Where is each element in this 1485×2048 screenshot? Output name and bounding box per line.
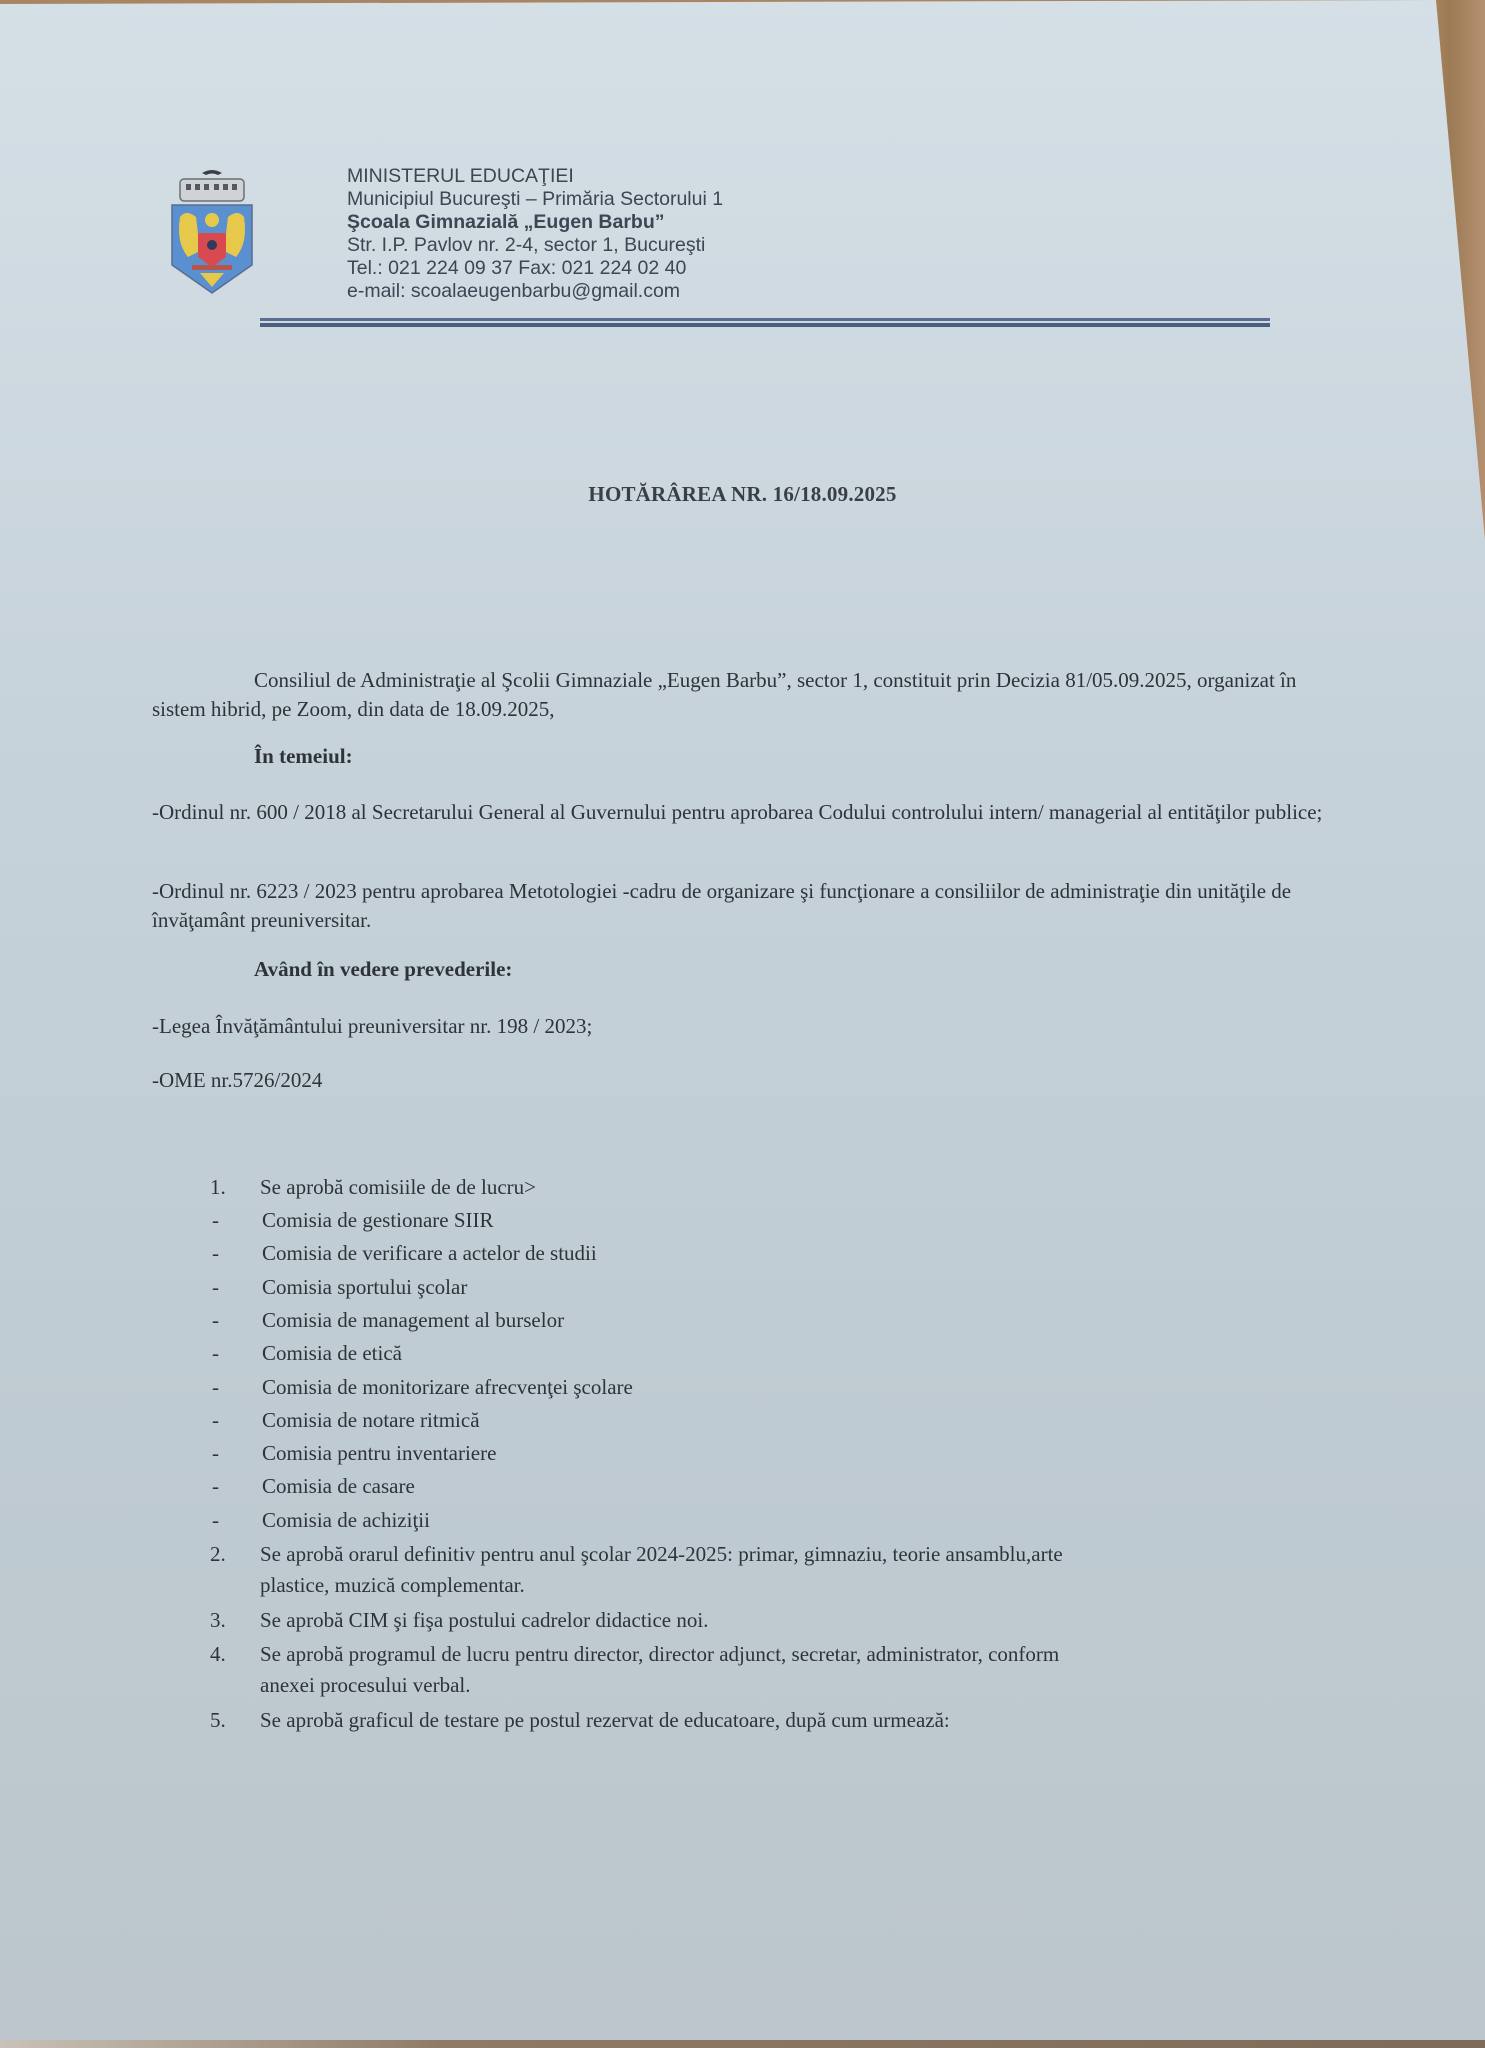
committee-name: Comisia sportului şcolar: [262, 1275, 467, 1300]
dash-marker: -: [212, 1375, 219, 1400]
dash-marker: -: [212, 1408, 219, 1433]
list-marker: 3.: [210, 1608, 226, 1633]
decision-text: Se aprobă CIM şi fişa postului cadrelor …: [260, 1608, 708, 1633]
dash-marker: -: [212, 1308, 219, 1333]
basis-item: -Ordinul nr. 600 / 2018 al Secretarului …: [152, 798, 1332, 827]
dash-marker: -: [212, 1441, 219, 1466]
bucharest-coat-of-arms-icon: [162, 165, 262, 300]
committee-name: Comisia de management al burselor: [262, 1308, 564, 1333]
dash-marker: -: [212, 1208, 219, 1233]
dash-marker: -: [212, 1474, 219, 1499]
decision-item-4-continuation: anexei procesului verbal.: [260, 1673, 471, 1698]
committee-name: Comisia de casare: [262, 1474, 415, 1499]
list-marker: 2.: [210, 1542, 226, 1567]
letterhead-divider: [260, 318, 1270, 328]
decision-title: HOTĂRÂREA NR. 16/18.09.2025: [0, 482, 1485, 507]
decision-text: Se aprobă comisiile de de lucru>: [260, 1175, 536, 1200]
school-email: e-mail: scoalaeugenbarbu@gmail.com: [347, 280, 1047, 303]
list-marker: 4.: [210, 1642, 226, 1667]
document-page: MINISTERUL EDUCAŢIEI Municipiul Bucureşt…: [0, 0, 1485, 2040]
list-marker: 5.: [210, 1708, 226, 1733]
dash-marker: -: [212, 1508, 219, 1533]
committee-name: Comisia de gestionare SIIR: [262, 1208, 494, 1233]
decision-text: Se aprobă orarul definitiv pentru anul ş…: [260, 1542, 1063, 1567]
list-marker: 1.: [210, 1175, 226, 1200]
dash-marker: -: [212, 1275, 219, 1300]
decision-text: Se aprobă programul de lucru pentru dire…: [260, 1642, 1059, 1667]
ministry-name: MINISTERUL EDUCAŢIEI: [347, 165, 1047, 188]
municipality: Municipiul Bucureşti – Primăria Sectorul…: [347, 188, 1047, 211]
decision-item-2-continuation: plastice, muzică complementar.: [260, 1573, 525, 1598]
committee-name: Comisia de etică: [262, 1341, 402, 1366]
basis-item: -Ordinul nr. 6223 / 2023 pentru aprobare…: [152, 877, 1332, 935]
basis-heading: În temeiul:: [254, 744, 353, 769]
decision-text: Se aprobă graficul de testare pe postul …: [260, 1708, 950, 1733]
committee-name: Comisia pentru inventariere: [262, 1441, 496, 1466]
school-phone-fax: Tel.: 021 224 09 37 Fax: 021 224 02 40: [347, 257, 1047, 280]
intro-paragraph: Consiliul de Administraţie al Şcolii Gim…: [152, 666, 1332, 724]
dash-marker: -: [212, 1341, 219, 1366]
dash-marker: -: [212, 1241, 219, 1266]
committee-name: Comisia de verificare a actelor de studi…: [262, 1241, 597, 1266]
committee-name: Comisia de notare ritmică: [262, 1408, 480, 1433]
committee-name: Comisia de achiziţii: [262, 1508, 430, 1533]
provisions-heading: Având în vedere prevederile:: [254, 957, 512, 982]
provision-item: -Legea Învăţământului preuniversitar nr.…: [152, 1012, 1332, 1041]
provision-item: -OME nr.5726/2024: [152, 1066, 1332, 1095]
school-address: Str. I.P. Pavlov nr. 2-4, sector 1, Bucu…: [347, 234, 1047, 257]
school-name: Şcoala Gimnazială „Eugen Barbu”: [347, 211, 1047, 234]
committee-name: Comisia de monitorizare afrecvenţei şcol…: [262, 1375, 633, 1400]
